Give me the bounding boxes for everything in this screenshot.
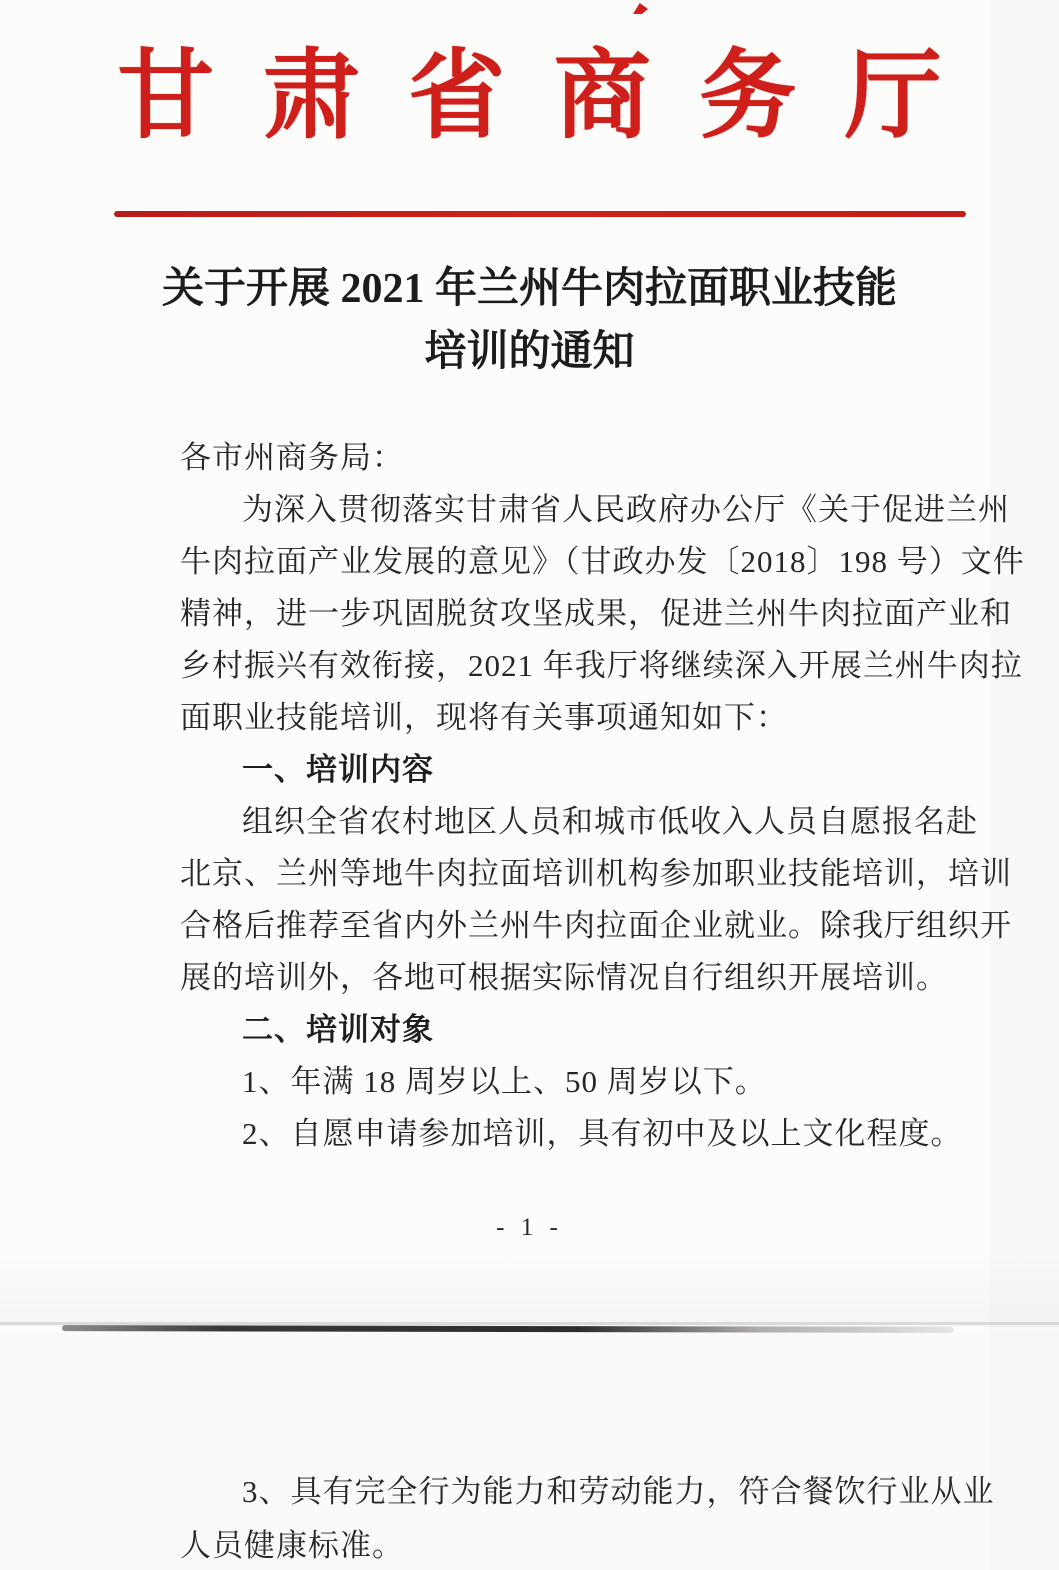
body-line: 牛肉拉面产业发展的意见》（甘政办发〔2018〕198 号）文件 bbox=[180, 536, 936, 588]
list-item-3: 3、具有完全行为能力和劳动能力，符合餐饮行业从业 bbox=[180, 1465, 936, 1519]
document-title: 关于开展 2021 年兰州牛肉拉面职业技能 培训的通知 bbox=[0, 258, 1059, 384]
salutation: 各市州商务局： bbox=[180, 432, 936, 484]
agency-header: 甘肃省商务厅 bbox=[0, 32, 1059, 162]
section-heading-2: 二、培训对象 bbox=[180, 1004, 936, 1056]
header-red-rule bbox=[114, 211, 966, 217]
page-number: - 1 - bbox=[0, 1214, 1059, 1242]
body-line: 为深入贯彻落实甘肃省人民政府办公厅《关于促进兰州 bbox=[180, 484, 936, 536]
body-line: 合格后推荐至省内外兰州牛肉拉面企业就业。除我厅组织开 bbox=[180, 900, 936, 952]
scan-page-edge-line bbox=[62, 1325, 954, 1333]
body-line: 北京、兰州等地牛肉拉面培训机构参加职业技能培训，培训 bbox=[180, 848, 936, 900]
document-title-line1: 关于开展 2021 年兰州牛肉拉面职业技能 bbox=[0, 258, 1059, 321]
scanned-document-page: 甘肃省商务厅 关于开展 2021 年兰州牛肉拉面职业技能 培训的通知 各市州商务… bbox=[0, 0, 1059, 1570]
body-line: 人员健康标准。 bbox=[180, 1519, 936, 1570]
list-item-2: 2、自愿申请参加培训，具有初中及以上文化程度。 bbox=[180, 1108, 936, 1160]
body-line: 面职业技能培训，现将有关事项通知如下： bbox=[180, 692, 936, 744]
body-line: 组织全省农村地区人员和城市低收入人员自愿报名赴 bbox=[180, 796, 936, 848]
body-line: 展的培训外，各地可根据实际情况自行组织开展培训。 bbox=[180, 952, 936, 1004]
document-body-page1: 各市州商务局： 为深入贯彻落实甘肃省人民政府办公厅《关于促进兰州 牛肉拉面产业发… bbox=[180, 432, 936, 1160]
body-line: 精神，进一步巩固脱贫攻坚成果，促进兰州牛肉拉面产业和 bbox=[180, 588, 936, 640]
scan-tint-right bbox=[989, 0, 1059, 1570]
body-line: 乡村振兴有效衔接，2021 年我厅将继续深入开展兰州牛肉拉 bbox=[180, 640, 936, 692]
document-title-line2: 培训的通知 bbox=[0, 321, 1059, 384]
list-item-1: 1、年满 18 周岁以上、50 周岁以下。 bbox=[180, 1056, 936, 1108]
scan-artifact-red-fleck bbox=[633, 3, 648, 14]
scan-tint-band bbox=[0, 1255, 1059, 1327]
document-body-page2: 3、具有完全行为能力和劳动能力，符合餐饮行业从业 人员健康标准。 bbox=[180, 1465, 936, 1570]
section-heading-1: 一、培训内容 bbox=[180, 744, 936, 796]
